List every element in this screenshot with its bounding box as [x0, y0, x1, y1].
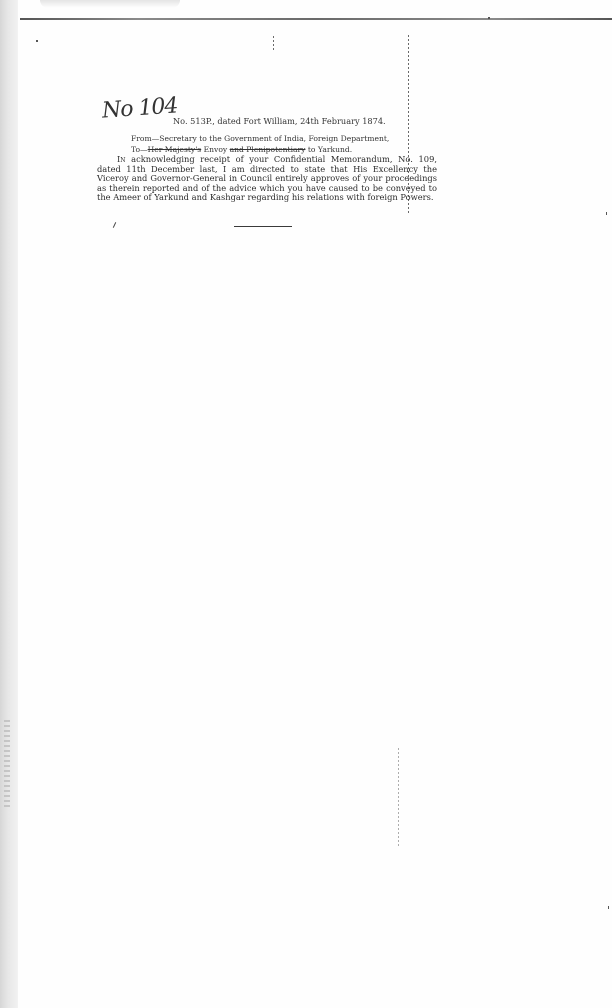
to-suffix: to Yarkund. — [305, 145, 352, 154]
from-text: Secretary to the Government of India, Fo… — [159, 134, 389, 143]
section-separator — [234, 226, 292, 227]
body-lead: In — [117, 154, 126, 164]
top-shadow — [40, 0, 180, 8]
to-middle: Envoy — [201, 145, 229, 154]
fold-mark-lower — [398, 748, 399, 848]
to-prefix: To— — [131, 145, 148, 154]
body-text: acknowledging receipt of your Confidenti… — [97, 154, 437, 202]
letter-body: In acknowledging receipt of your Confide… — [97, 155, 437, 203]
page-edge-shadow — [0, 0, 18, 1008]
scan-speck — [606, 212, 607, 215]
to-struck-rank: and Plenipotentiary — [230, 145, 306, 154]
scanned-page: No 104 No. 513P., dated Fort William, 24… — [0, 0, 612, 1008]
from-line: From—Secretary to the Government of Indi… — [131, 134, 389, 143]
top-border-rule — [20, 18, 612, 20]
fold-mark-center — [273, 36, 274, 52]
handwritten-number: No 104 — [101, 93, 178, 123]
pen-tick-mark — [113, 222, 116, 228]
document-heading: No. 513P., dated Fort William, 24th Febr… — [173, 116, 386, 126]
to-line: To—Her Majesty's Envoy and Plenipotentia… — [131, 145, 352, 154]
scan-speck — [608, 906, 609, 909]
scan-speck — [488, 17, 490, 19]
from-prefix: From— — [131, 134, 159, 143]
to-struck-title: Her Majesty's — [148, 145, 202, 154]
scan-speck — [36, 40, 38, 42]
page-edge-mark — [4, 720, 10, 810]
